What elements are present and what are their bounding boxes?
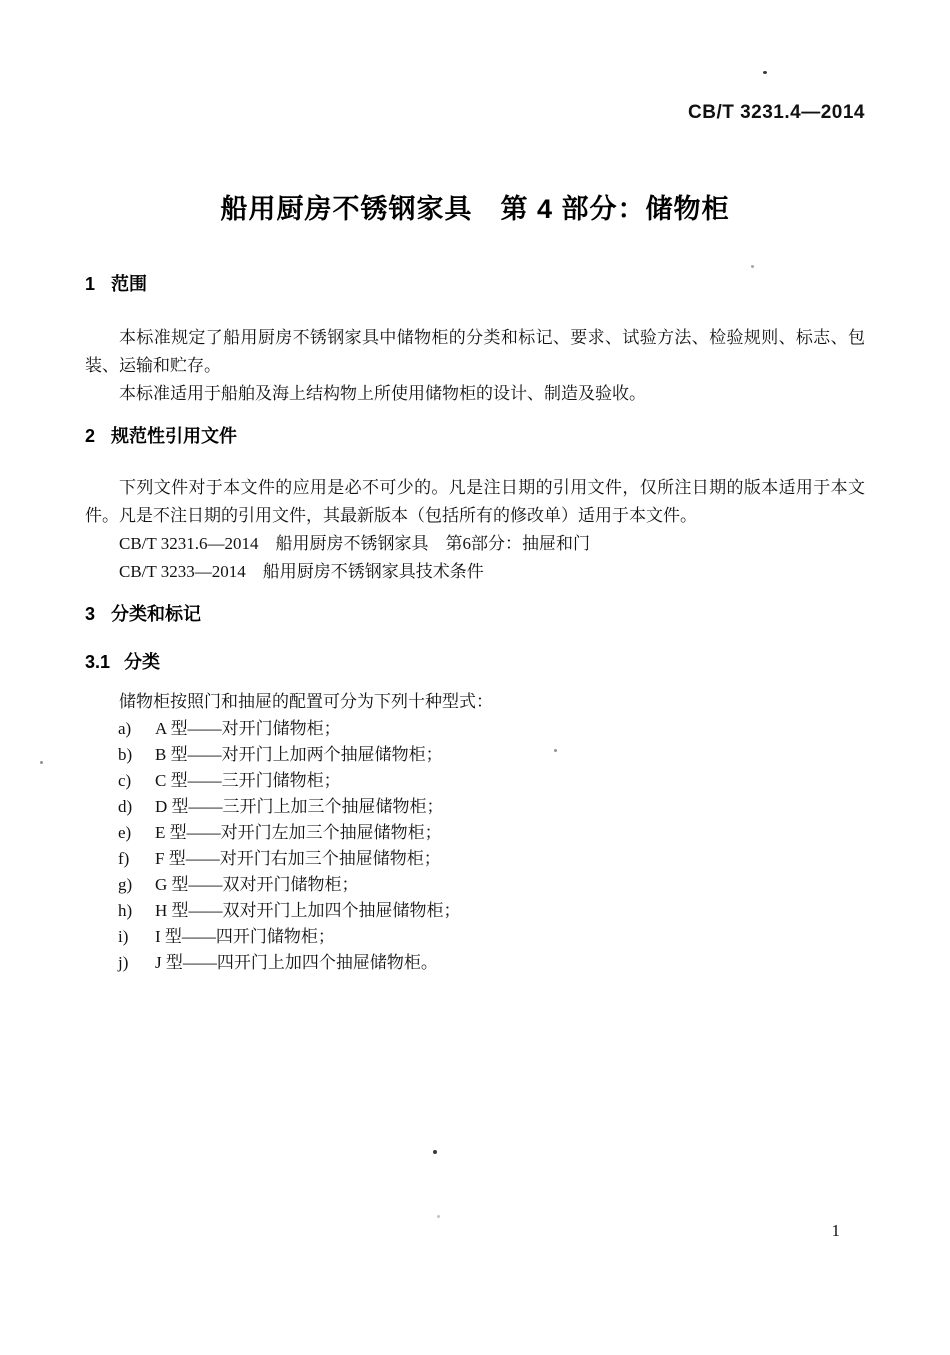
list-item: c)C 型——三开门储物柜；: [85, 768, 865, 794]
section-1-paragraph-2: 本标准适用于船舶及海上结构物上所使用储物柜的设计、制造及验收。: [85, 380, 865, 408]
list-item-text: I 型——四开门储物柜；: [155, 927, 335, 946]
document-title: 船用厨房不锈钢家具 第 4 部分：储物柜: [85, 192, 865, 226]
reference-citation: CB/T 3233—2014 船用厨房不锈钢家具技术条件: [85, 558, 865, 586]
list-item-letter: f): [118, 846, 155, 872]
section-3-heading: 3分类和标记: [85, 602, 865, 626]
section-3-number: 3: [85, 602, 95, 626]
classification-intro: 储物柜按照门和抽屉的配置可分为下列十种型式：: [85, 688, 865, 716]
list-item-text: E 型——对开门左加三个抽屉储物柜；: [155, 823, 442, 842]
list-item: e)E 型——对开门左加三个抽屉储物柜；: [85, 820, 865, 846]
list-item: b)B 型——对开门上加两个抽屉储物柜；: [85, 742, 865, 768]
scan-speck: [40, 761, 43, 764]
list-item-letter: b): [118, 742, 155, 768]
section-1-number: 1: [85, 272, 95, 296]
standard-number: CB/T 3231.4—2014: [85, 102, 865, 124]
scan-speck: [433, 1150, 437, 1154]
list-item-letter: h): [118, 898, 155, 924]
section-2-paragraph-1: 下列文件对于本文件的应用是必不可少的。凡是注日期的引用文件，仅所注日期的版本适用…: [85, 474, 865, 530]
list-item-letter: e): [118, 820, 155, 846]
list-item-letter: g): [118, 872, 155, 898]
document-page: CB/T 3231.4—2014 船用厨房不锈钢家具 第 4 部分：储物柜 1范…: [0, 0, 950, 1355]
list-item-text: C 型——三开门储物柜；: [155, 771, 341, 790]
reference-citation: CB/T 3231.6—2014 船用厨房不锈钢家具 第6部分：抽屉和门: [85, 530, 865, 558]
section-3-1-number: 3.1: [85, 650, 110, 674]
list-item-text: G 型——双对开门储物柜；: [155, 875, 359, 894]
scan-speck: [751, 265, 754, 268]
section-1-heading: 1范围: [85, 272, 865, 296]
list-item: j)J 型——四开门上加四个抽屉储物柜。: [85, 950, 865, 976]
list-item-text: B 型——对开门上加两个抽屉储物柜；: [155, 745, 443, 764]
list-item-letter: a): [118, 716, 155, 742]
section-2-heading: 2规范性引用文件: [85, 424, 865, 448]
list-item: d)D 型——三开门上加三个抽屉储物柜；: [85, 794, 865, 820]
page-number: 1: [832, 1220, 841, 1242]
section-3-1-heading: 3.1分类: [85, 650, 865, 674]
list-item: a)A 型——对开门储物柜；: [85, 716, 865, 742]
list-item: i)I 型——四开门储物柜；: [85, 924, 865, 950]
list-item: g)G 型——双对开门储物柜；: [85, 872, 865, 898]
section-2-number: 2: [85, 424, 95, 448]
section-3-1-title: 分类: [124, 652, 160, 672]
cabinet-type-list: a)A 型——对开门储物柜； b)B 型——对开门上加两个抽屉储物柜； c)C …: [85, 716, 865, 976]
section-1-paragraph-1: 本标准规定了船用厨房不锈钢家具中储物柜的分类和标记、要求、试验方法、检验规则、标…: [85, 324, 865, 380]
section-1-title: 范围: [111, 274, 147, 294]
list-item-text: H 型——双对开门上加四个抽屉储物柜；: [155, 901, 461, 920]
list-item-text: J 型——四开门上加四个抽屉储物柜。: [155, 953, 438, 972]
list-item: f)F 型——对开门右加三个抽屉储物柜；: [85, 846, 865, 872]
list-item-text: D 型——三开门上加三个抽屉储物柜；: [155, 797, 444, 816]
list-item: h)H 型——双对开门上加四个抽屉储物柜；: [85, 898, 865, 924]
list-item-letter: d): [118, 794, 155, 820]
list-item-letter: i): [118, 924, 155, 950]
list-item-letter: c): [118, 768, 155, 794]
section-2-title: 规范性引用文件: [111, 426, 237, 446]
list-item-text: A 型——对开门储物柜；: [155, 719, 341, 738]
section-3-title: 分类和标记: [111, 604, 201, 624]
scan-speck: [554, 749, 557, 752]
scan-speck: [437, 1215, 440, 1218]
list-item-letter: j): [118, 950, 155, 976]
list-item-text: F 型——对开门右加三个抽屉储物柜；: [155, 849, 441, 868]
scan-speck: [763, 71, 767, 74]
